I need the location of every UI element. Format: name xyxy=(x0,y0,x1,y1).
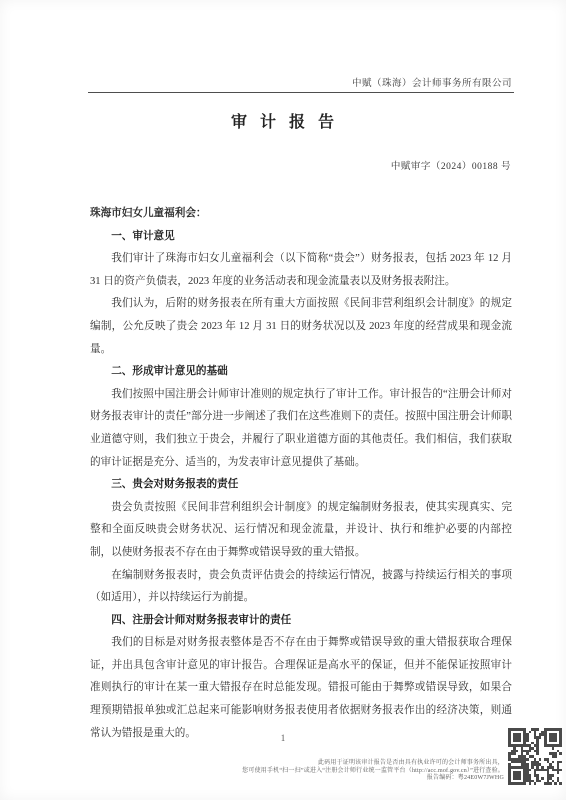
paragraph: 在编制财务报表时，贵会负责评估贵会的持续运行情况，披露与持续运行相关的事项（如适… xyxy=(90,565,512,610)
report-number: 中赋审字（2024）00188 号 xyxy=(391,158,511,172)
paragraph: 我们的目标是对财务报表整体是否不存在由于舞弊或错误导致的重大错报获取合理保证，并… xyxy=(90,632,512,745)
section-heading: 三、贵会对财务报表的责任 xyxy=(90,474,512,497)
section-auditor-responsibility: 四、注册会计师对财务报表审计的责任 我们的目标是对财务报表整体是否不存在由于舞弊… xyxy=(90,610,512,746)
paragraph: 贵会负责按照《民间非营利组织会计制度》的规定编制财务报表，使其实现真实、完整和全… xyxy=(90,497,512,565)
section-management-responsibility: 三、贵会对财务报表的责任 贵会负责按照《民间非营利组织会计制度》的规定编制财务报… xyxy=(90,474,512,610)
paragraph: 我们审计了珠海市妇女儿童福利会（以下简称“贵会”）财务报表，包括 2023 年 … xyxy=(90,248,512,293)
firm-name: 中赋（珠海）会计师事务所有限公司 xyxy=(352,75,512,89)
section-audit-opinion: 一、审计意见 我们审计了珠海市妇女儿童福利会（以下简称“贵会”）财务报表，包括 … xyxy=(90,226,512,362)
verify-line-1: 此码用于证明该审计报告是否由具有执业许可的会计师事务所出具， xyxy=(174,760,504,768)
audit-report-page: 中赋（珠海）会计师事务所有限公司 审 计 报 告 中赋审字（2024）00188… xyxy=(0,0,566,800)
paragraph: 我们认为，后附的财务报表在所有重大方面按照《民间非营利组织会计制度》的规定编制，… xyxy=(90,293,512,361)
verification-note: 此码用于证明该审计报告是否由具有执业许可的会计师事务所出具， 您可使用手机“扫一… xyxy=(174,760,504,783)
report-code: 报告编码：粤24E0W7JWHG xyxy=(174,775,504,783)
section-heading: 二、形成审计意见的基础 xyxy=(90,361,512,384)
page-number: 1 xyxy=(0,733,566,743)
paragraph: 我们按照中国注册会计师审计准则的规定执行了审计工作。审计报告的“注册会计师对财务… xyxy=(90,384,512,474)
section-basis-for-opinion: 二、形成审计意见的基础 我们按照中国注册会计师审计准则的规定执行了审计工作。审计… xyxy=(90,361,512,474)
section-heading: 一、审计意见 xyxy=(90,226,512,249)
report-title: 审 计 报 告 xyxy=(0,109,566,132)
report-body: 珠海市妇女儿童福利会： 一、审计意见 我们审计了珠海市妇女儿童福利会（以下简称“… xyxy=(90,203,512,745)
qr-code-icon xyxy=(508,728,562,785)
addressee: 珠海市妇女儿童福利会： xyxy=(90,203,512,226)
header-rule xyxy=(88,92,514,93)
section-heading: 四、注册会计师对财务报表审计的责任 xyxy=(90,610,512,633)
